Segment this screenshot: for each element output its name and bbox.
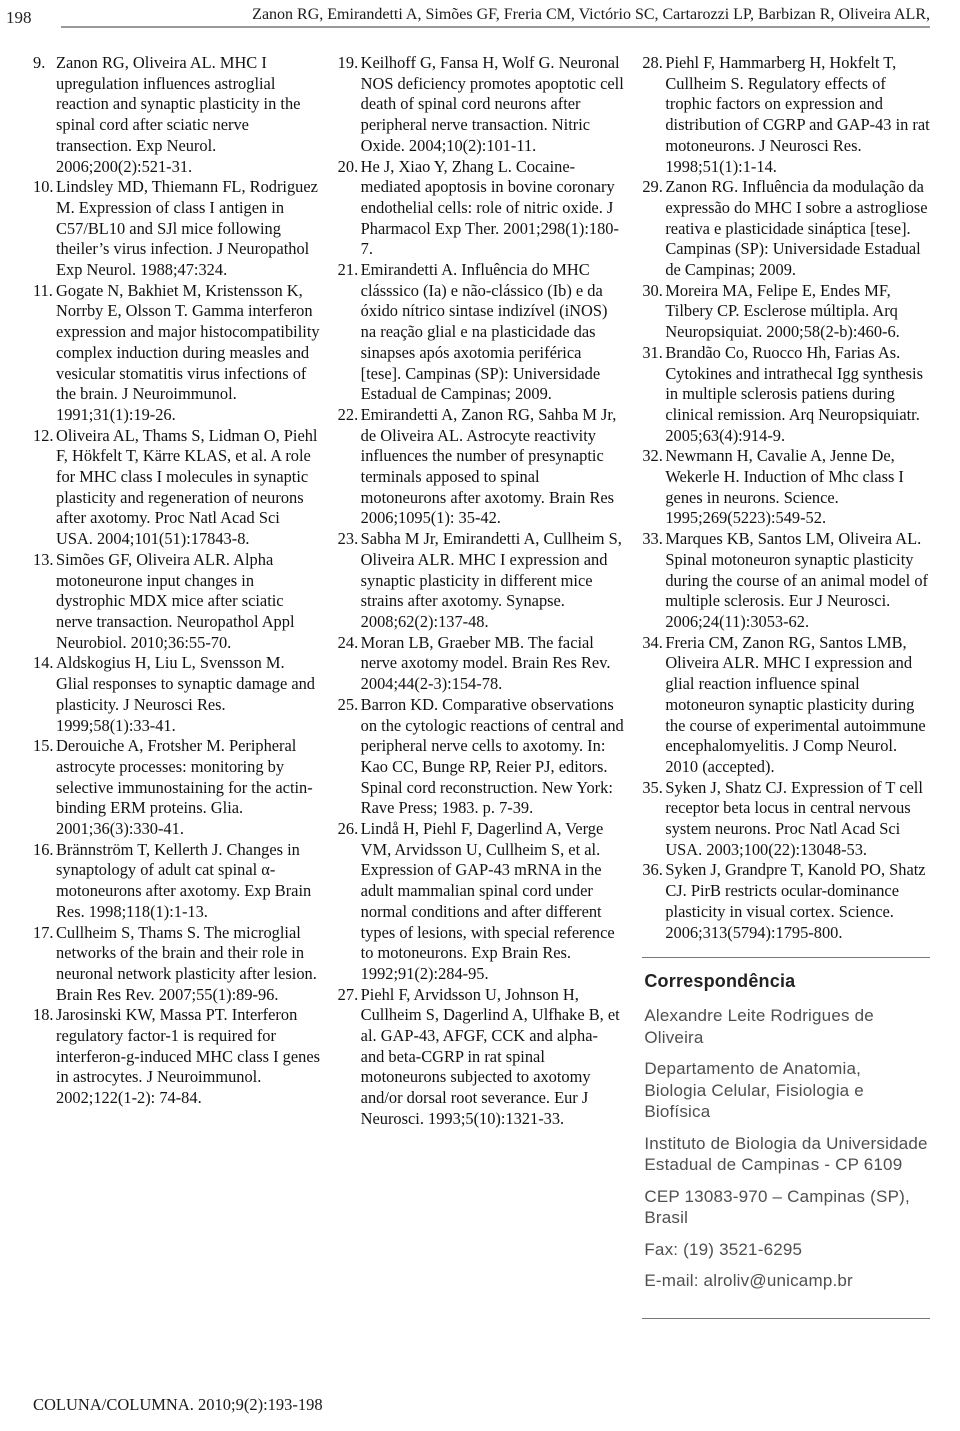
reference-item: 32.Newmann H, Cavalie A, Jenne De, Weker… (642, 446, 930, 529)
reference-item: 27.Piehl F, Arvidsson U, Johnson H, Cull… (338, 985, 626, 1130)
running-title: Zanon RG, Emirandetti A, Simões GF, Frer… (252, 6, 930, 24)
reference-number: 31. (642, 343, 665, 364)
correspondence-line: Departamento de Anatomia, Biologia Celul… (644, 1058, 928, 1123)
reference-text: Emirandetti A, Zanon RG, Sahba M Jr, de … (361, 405, 617, 528)
page-header: 198 Zanon RG, Emirandetti A, Simões GF, … (33, 6, 930, 36)
reference-text: Zanon RG. Influência da modulação da exp… (665, 177, 927, 279)
reference-text: Freria CM, Zanon RG, Santos LMB, Oliveir… (665, 633, 925, 776)
reference-text: Newmann H, Cavalie A, Jenne De, Wekerle … (665, 446, 904, 527)
reference-number: 25. (338, 695, 361, 716)
reference-text: Oliveira AL, Thams S, Lidman O, Piehl F,… (56, 426, 317, 549)
reference-text: Gogate N, Bakhiet M, Kristensson K, Norr… (56, 281, 320, 424)
reference-item: 29.Zanon RG. Influência da modulação da … (642, 177, 930, 281)
reference-number: 14. (33, 653, 56, 674)
page: 198 Zanon RG, Emirandetti A, Simões GF, … (0, 0, 960, 1431)
reference-number: 33. (642, 529, 665, 550)
reference-text: Lindsley MD, Thiemann FL, Rodriguez M. E… (56, 177, 318, 279)
reference-number: 15. (33, 736, 56, 757)
reference-item: 34.Freria CM, Zanon RG, Santos LMB, Oliv… (642, 633, 930, 778)
reference-text: Barron KD. Comparative observations on t… (361, 695, 624, 818)
reference-number: 22. (338, 405, 361, 426)
reference-text: Simões GF, Oliveira ALR. Alpha motoneuro… (56, 550, 295, 652)
reference-number: 34. (642, 633, 665, 654)
reference-item: 18.Jarosinski KW, Massa PT. Interferon r… (33, 1005, 321, 1109)
reference-item: 24.Moran LB, Graeber MB. The facial nerv… (338, 633, 626, 695)
reference-number: 35. (642, 778, 665, 799)
reference-text: Cullheim S, Thams S. The microglial netw… (56, 923, 317, 1004)
reference-text: Zanon RG, Oliveira AL. MHC I upregulatio… (56, 53, 300, 176)
reference-text: Jarosinski KW, Massa PT. Interferon regu… (56, 1005, 320, 1107)
reference-item: 28.Piehl F, Hammarberg H, Hokfelt T, Cul… (642, 53, 930, 177)
reference-text: Syken J, Grandpre T, Kanold PO, Shatz CJ… (665, 860, 925, 941)
references-column-2: 19.Keilhoff G, Fansa H, Wolf G. Neuronal… (338, 53, 626, 1130)
reference-text: Keilhoff G, Fansa H, Wolf G. Neuronal NO… (361, 53, 624, 155)
reference-item: 25.Barron KD. Comparative observations o… (338, 695, 626, 819)
references-column-3: 28.Piehl F, Hammarberg H, Hokfelt T, Cul… (642, 53, 930, 1319)
reference-item: 23.Sabha M Jr, Emirandetti A, Cullheim S… (338, 529, 626, 633)
reference-item: 10.Lindsley MD, Thiemann FL, Rodriguez M… (33, 177, 321, 281)
reference-number: 30. (642, 281, 665, 302)
reference-item: 19.Keilhoff G, Fansa H, Wolf G. Neuronal… (338, 53, 626, 157)
reference-text: Piehl F, Hammarberg H, Hokfelt T, Cullhe… (665, 53, 929, 176)
correspondence-line: Alexandre Leite Rodrigues de Oliveira (644, 1005, 928, 1048)
reference-text: Piehl F, Arvidsson U, Johnson H, Cullhei… (361, 985, 620, 1128)
reference-item: 22.Emirandetti A, Zanon RG, Sahba M Jr, … (338, 405, 626, 529)
reference-item: 35.Syken J, Shatz CJ. Expression of T ce… (642, 778, 930, 861)
correspondence-heading: Correspondência (644, 971, 928, 992)
reference-text: Sabha M Jr, Emirandetti A, Cullheim S, O… (361, 529, 622, 631)
reference-number: 23. (338, 529, 361, 550)
reference-item: 9.Zanon RG, Oliveira AL. MHC I upregulat… (33, 53, 321, 177)
correspondence-line: Fax: (19) 3521-6295 (644, 1239, 928, 1261)
reference-number: 13. (33, 550, 56, 571)
reference-item: 12.Oliveira AL, Thams S, Lidman O, Piehl… (33, 426, 321, 550)
reference-number: 18. (33, 1005, 56, 1026)
reference-item: 21.Emirandetti A. Influência do MHC clás… (338, 260, 626, 405)
reference-text: Derouiche A, Frotsher M. Peripheral astr… (56, 736, 313, 838)
reference-number: 28. (642, 53, 665, 74)
reference-number: 21. (338, 260, 361, 281)
references-column-1: 9.Zanon RG, Oliveira AL. MHC I upregulat… (33, 53, 321, 1109)
reference-number: 26. (338, 819, 361, 840)
reference-text: Brännström T, Kellerth J. Changes in syn… (56, 840, 311, 921)
reference-item: 30.Moreira MA, Felipe E, Endes MF, Tilbe… (642, 281, 930, 343)
reference-number: 36. (642, 860, 665, 881)
reference-columns: 9.Zanon RG, Oliveira AL. MHC I upregulat… (33, 53, 930, 1319)
reference-item: 14.Aldskogius H, Liu L, Svensson M. Glia… (33, 653, 321, 736)
reference-text: Brandão Co, Ruocco Hh, Farias As. Cytoki… (665, 343, 923, 445)
reference-item: 31.Brandão Co, Ruocco Hh, Farias As. Cyt… (642, 343, 930, 447)
reference-number: 17. (33, 923, 56, 944)
reference-number: 29. (642, 177, 665, 198)
reference-text: Emirandetti A. Influência do MHC clásssi… (361, 260, 608, 403)
reference-item: 11.Gogate N, Bakhiet M, Kristensson K, N… (33, 281, 321, 426)
reference-number: 9. (33, 53, 56, 74)
reference-text: He J, Xiao Y, Zhang L. Cocaine-mediated … (361, 157, 619, 259)
journal-citation: COLUNA/COLUMNA. 2010;9(2):193-198 (33, 1395, 323, 1414)
correspondence-section: Correspondência Alexandre Leite Rodrigue… (642, 957, 930, 1319)
reference-text: Lindå H, Piehl F, Dagerlind A, Verge VM,… (361, 819, 615, 983)
reference-item: 26.Lindå H, Piehl F, Dagerlind A, Verge … (338, 819, 626, 985)
reference-item: 20.He J, Xiao Y, Zhang L. Cocaine-mediat… (338, 157, 626, 261)
reference-number: 24. (338, 633, 361, 654)
correspondence-line: E-mail: alroliv@unicamp.br (644, 1270, 928, 1292)
correspondence-line: CEP 13083-970 – Campinas (SP), Brasil (644, 1186, 928, 1229)
reference-text: Syken J, Shatz CJ. Expression of T cell … (665, 778, 923, 859)
correspondence-line: Instituto de Biologia da Universidade Es… (644, 1133, 928, 1176)
reference-number: 10. (33, 177, 56, 198)
reference-text: Moreira MA, Felipe E, Endes MF, Tilbery … (665, 281, 899, 341)
page-footer: COLUNA/COLUMNA. 2010;9(2):193-198 (33, 1395, 323, 1415)
reference-item: 33.Marques KB, Santos LM, Oliveira AL. S… (642, 529, 930, 633)
header-rule (61, 26, 930, 28)
reference-item: 15.Derouiche A, Frotsher M. Peripheral a… (33, 736, 321, 840)
reference-item: 16.Brännström T, Kellerth J. Changes in … (33, 840, 321, 923)
reference-number: 32. (642, 446, 665, 467)
reference-number: 27. (338, 985, 361, 1006)
reference-item: 36.Syken J, Grandpre T, Kanold PO, Shatz… (642, 860, 930, 943)
reference-number: 19. (338, 53, 361, 74)
reference-text: Marques KB, Santos LM, Oliveira AL. Spin… (665, 529, 928, 631)
reference-number: 16. (33, 840, 56, 861)
reference-number: 20. (338, 157, 361, 178)
reference-number: 11. (33, 281, 56, 302)
reference-number: 12. (33, 426, 56, 447)
reference-text: Moran LB, Graeber MB. The facial nerve a… (361, 633, 611, 693)
reference-text: Aldskogius H, Liu L, Svensson M. Glial r… (56, 653, 315, 734)
reference-item: 17.Cullheim S, Thams S. The microglial n… (33, 923, 321, 1006)
reference-item: 13.Simões GF, Oliveira ALR. Alpha motone… (33, 550, 321, 654)
